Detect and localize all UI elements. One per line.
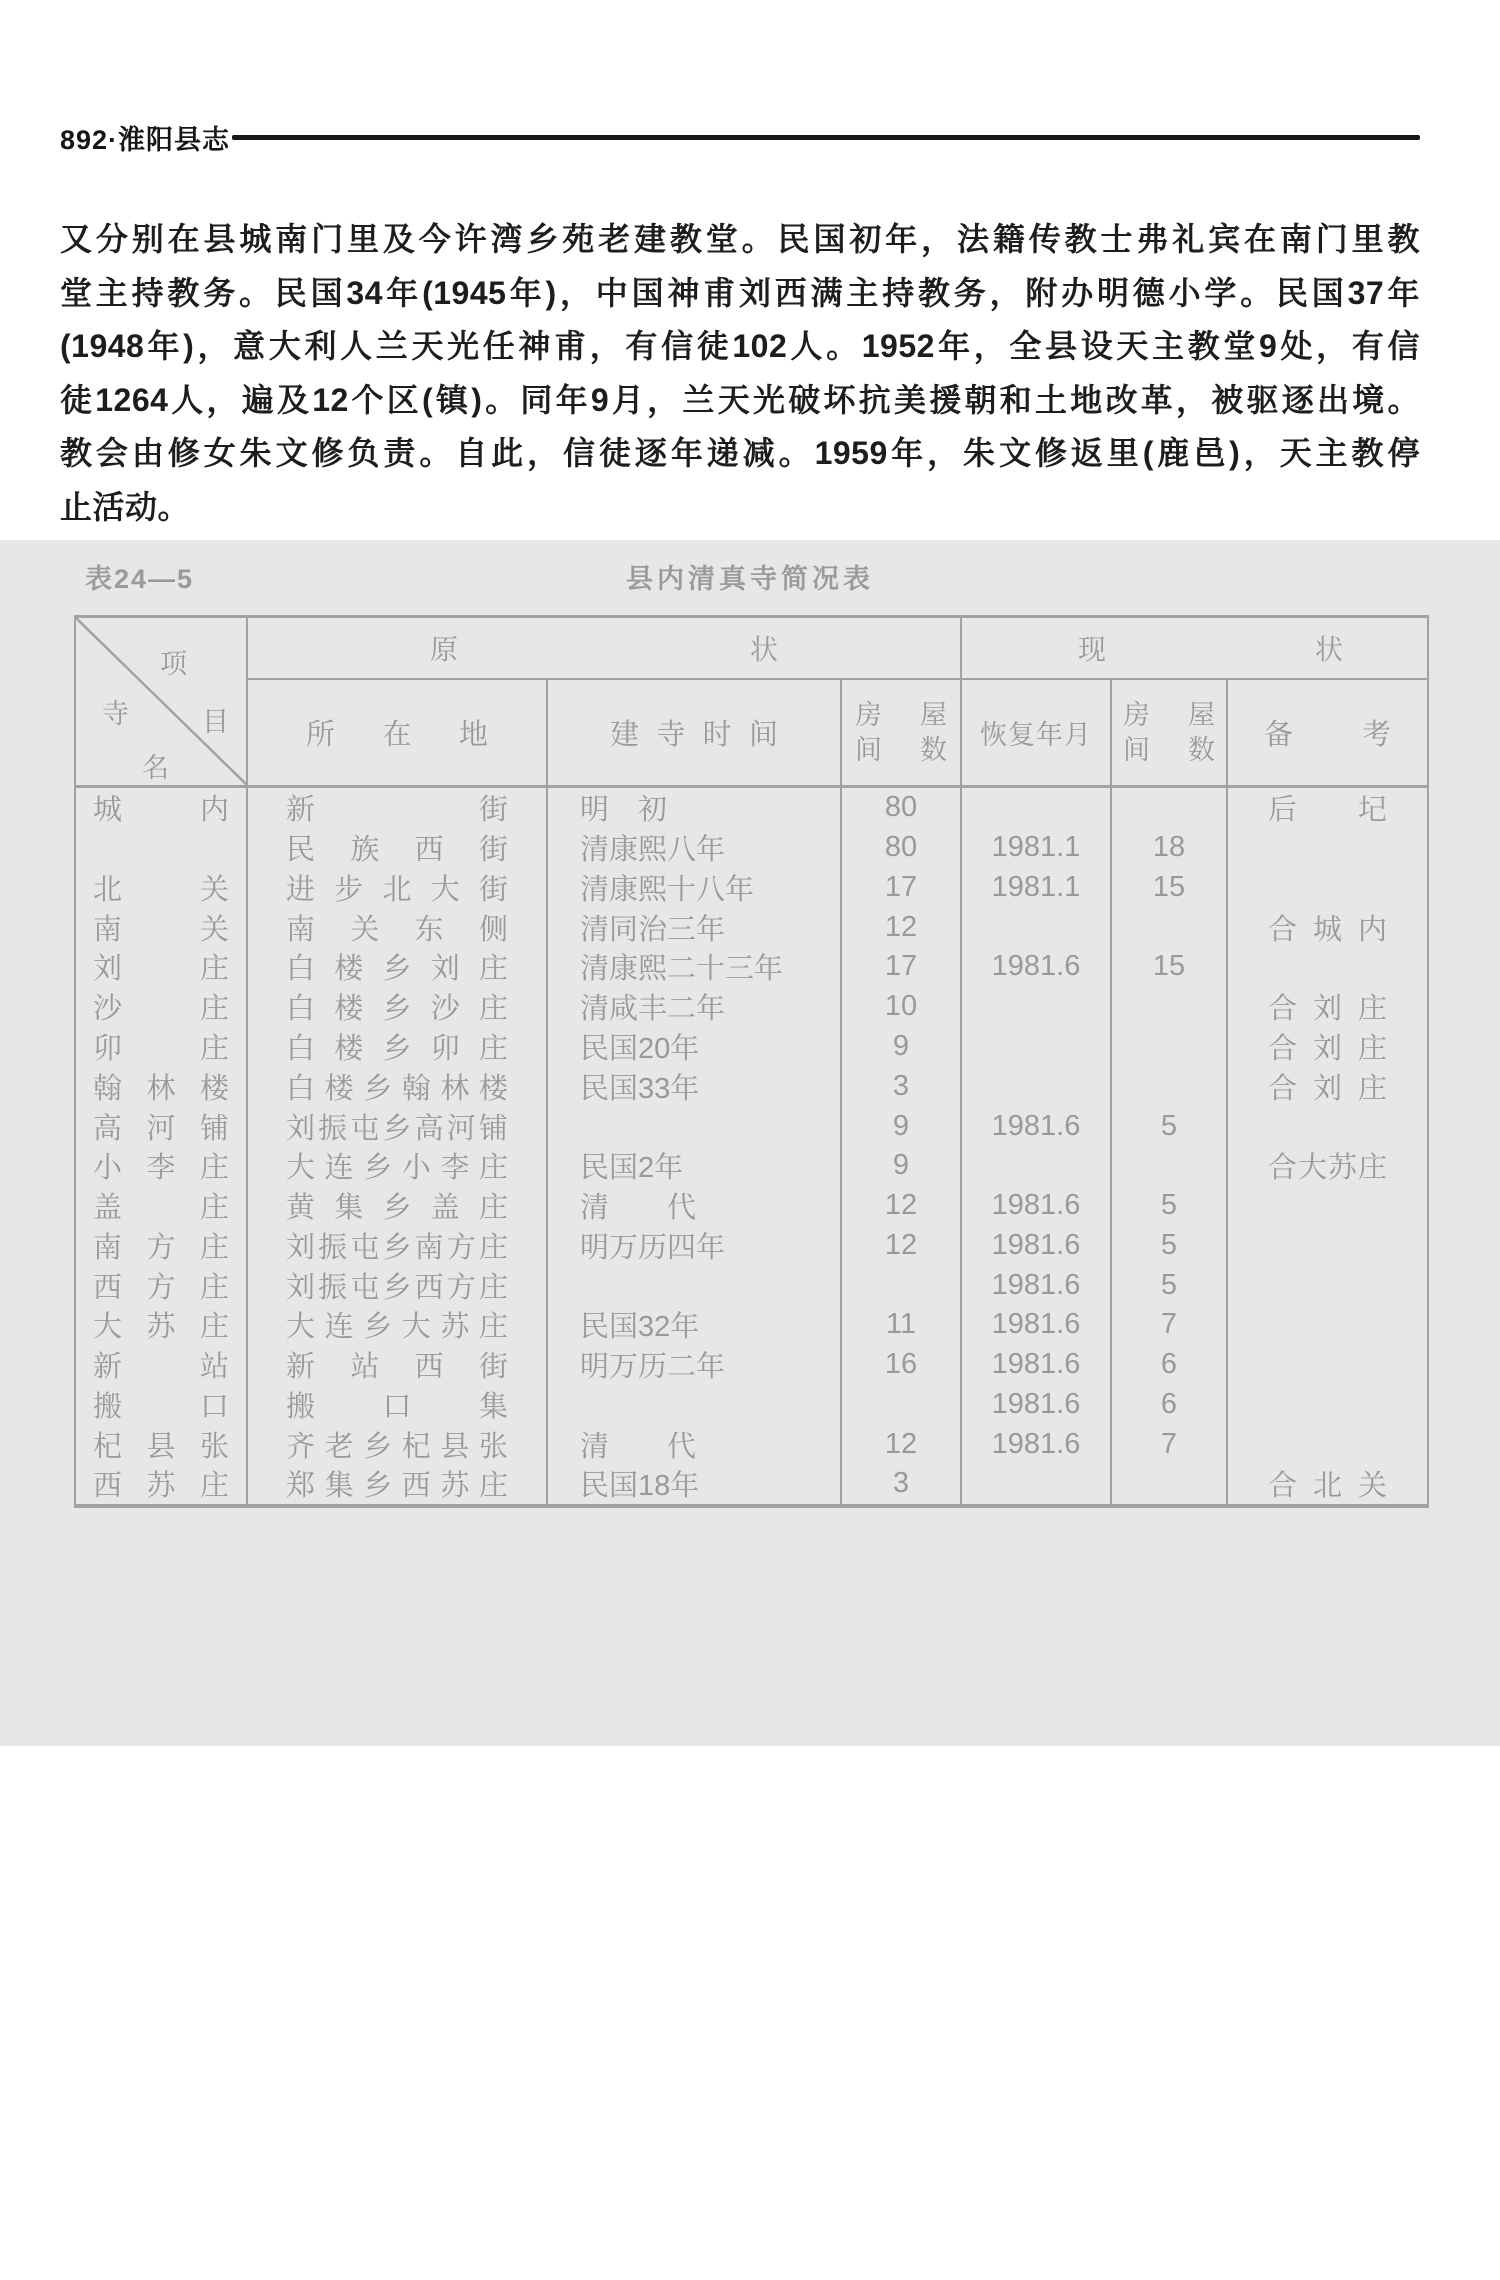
cell-restored-date: 1981.6 [962, 1424, 1112, 1464]
cell-location: 齐老乡杞县张 [248, 1424, 548, 1464]
cell-rooms-original: 12 [842, 1424, 962, 1464]
cell-location: 黄集乡盖庄 [248, 1186, 548, 1226]
cell-temple-name: 西方庄 [76, 1265, 248, 1305]
cell-built-time: 民国33年 [548, 1066, 842, 1106]
header-rule [232, 135, 1420, 140]
cell-location: 新站西街 [248, 1345, 548, 1385]
cell-built-time: 民国32年 [548, 1305, 842, 1345]
cell-built-time: 明 初 [548, 788, 842, 828]
cell-rooms-original: 11 [842, 1305, 962, 1345]
group-header-current-state: 现状 [962, 618, 1427, 680]
cell-note [1228, 1424, 1427, 1464]
cell-rooms-current: 15 [1112, 947, 1228, 987]
cell-built-time: 清康熙十八年 [548, 868, 842, 908]
column-header-location: 所在地 [248, 680, 548, 788]
cell-restored-date: 1981.6 [962, 1305, 1112, 1345]
cell-built-time: 清同治三年 [548, 907, 842, 947]
cell-location: 郑集乡西苏庄 [248, 1464, 548, 1504]
cell-temple-name: 城内 [76, 788, 248, 828]
cell-restored-date [962, 1146, 1112, 1186]
cell-temple-name: 南关 [76, 907, 248, 947]
paragraph-line: 堂主持教务。民国34年(1945年)，中国神甫刘西满主持教务，附办明德小学。民国… [60, 267, 1420, 321]
cell-note [1228, 868, 1427, 908]
cell-location: 南关东侧 [248, 907, 548, 947]
cell-rooms-original: 10 [842, 987, 962, 1027]
cell-built-time: 明万历四年 [548, 1225, 842, 1265]
cell-temple-name: 大苏庄 [76, 1305, 248, 1345]
cell-rooms-original: 9 [842, 1146, 962, 1186]
column-header-built-time: 建寺时间 [548, 680, 842, 788]
paragraph-line: 又分别在县城南门里及今许湾乡苑老建教堂。民国初年，法籍传教士弗礼宾在南门里教 [60, 213, 1420, 267]
cell-note: 合大苏庄 [1228, 1146, 1427, 1186]
cell-location: 大连乡大苏庄 [248, 1305, 548, 1345]
cell-built-time: 清咸丰二年 [548, 987, 842, 1027]
cell-note [1228, 947, 1427, 987]
body-paragraph: 又分别在县城南门里及今许湾乡苑老建教堂。民国初年，法籍传教士弗礼宾在南门里教 堂… [60, 213, 1420, 534]
cell-note [1228, 1305, 1427, 1345]
cell-restored-date: 1981.6 [962, 1106, 1112, 1146]
cell-rooms-original [842, 1265, 962, 1305]
cell-location: 白楼乡卯庄 [248, 1027, 548, 1067]
cell-restored-date [962, 1066, 1112, 1106]
cell-location: 大连乡小李庄 [248, 1146, 548, 1186]
cell-rooms-original: 80 [842, 828, 962, 868]
cell-location: 白楼乡沙庄 [248, 987, 548, 1027]
cell-rooms-current: 5 [1112, 1225, 1228, 1265]
table-caption-row: 表24—5 县内清真寺简况表 [0, 557, 1500, 597]
rooms-header-line2: 间数 [1123, 733, 1215, 768]
cell-restored-date [962, 1027, 1112, 1067]
cell-rooms-current [1112, 1027, 1228, 1067]
cell-temple-name: 卯庄 [76, 1027, 248, 1067]
cell-rooms-original: 3 [842, 1464, 962, 1504]
cell-rooms-original: 3 [842, 1066, 962, 1106]
cell-rooms-original: 9 [842, 1106, 962, 1146]
cell-location: 刘振屯乡西方庄 [248, 1265, 548, 1305]
cell-rooms-original: 16 [842, 1345, 962, 1385]
cell-temple-name: 刘庄 [76, 947, 248, 987]
cell-temple-name: 小李庄 [76, 1146, 248, 1186]
cell-built-time [548, 1265, 842, 1305]
cell-temple-name: 翰林楼 [76, 1066, 248, 1106]
cell-built-time [548, 1384, 842, 1424]
cell-note [1228, 1384, 1427, 1424]
cell-built-time: 民国18年 [548, 1464, 842, 1504]
cell-restored-date [962, 788, 1112, 828]
cell-rooms-original: 12 [842, 1225, 962, 1265]
cell-note: 后圮 [1228, 788, 1427, 828]
rooms-header-line1: 房屋 [1123, 698, 1215, 733]
cell-location: 进步北大街 [248, 868, 548, 908]
cell-location: 白楼乡翰林楼 [248, 1066, 548, 1106]
scanned-gazetteer-page: { "page": { "background": "#ffffff", "pa… [0, 0, 1500, 2280]
cell-rooms-current: 6 [1112, 1384, 1228, 1424]
rooms-header-line1: 房屋 [855, 698, 947, 733]
column-header-rooms-current: 房屋 间数 [1112, 680, 1228, 788]
column-header-note: 备考 [1228, 680, 1427, 788]
cell-temple-name: 北关 [76, 868, 248, 908]
cell-rooms-current [1112, 1146, 1228, 1186]
paragraph-line: 徒1264人，遍及12个区(镇)。同年9月，兰天光破坏抗美援朝和土地改革，被驱逐… [60, 374, 1420, 428]
cell-note [1228, 1225, 1427, 1265]
cell-built-time: 清 代 [548, 1186, 842, 1226]
cell-rooms-current: 5 [1112, 1106, 1228, 1146]
paragraph-line: 教会由修女朱文修负责。自此，信徒逐年递减。1959年，朱文修返里(鹿邑)，天主教… [60, 427, 1420, 481]
cell-location: 民族西街 [248, 828, 548, 868]
cell-note: 合刘庄 [1228, 1066, 1427, 1106]
rooms-header-line2: 间数 [855, 733, 947, 768]
cell-rooms-current: 7 [1112, 1424, 1228, 1464]
column-header-restored-date: 恢复年月 [962, 680, 1112, 788]
cell-built-time: 民国20年 [548, 1027, 842, 1067]
cell-note: 合刘庄 [1228, 987, 1427, 1027]
cell-rooms-current: 18 [1112, 828, 1228, 868]
cell-location: 搬口集 [248, 1384, 548, 1424]
cell-built-time: 清 代 [548, 1424, 842, 1464]
cell-temple-name: 杞县张 [76, 1424, 248, 1464]
cell-location: 新街 [248, 788, 548, 828]
cell-location: 刘振屯乡南方庄 [248, 1225, 548, 1265]
cell-rooms-current: 5 [1112, 1186, 1228, 1226]
cell-temple-name: 盖庄 [76, 1186, 248, 1226]
cell-rooms-original: 17 [842, 947, 962, 987]
cell-note [1228, 1345, 1427, 1385]
cell-location: 白楼乡刘庄 [248, 947, 548, 987]
paragraph-line: (1948年)，意大利人兰天光任神甫，有信徒102人。1952年，全县设天主教堂… [60, 320, 1420, 374]
paragraph-line: 止活动。 [60, 481, 1420, 535]
cell-note: 合刘庄 [1228, 1027, 1427, 1067]
cell-temple-name: 搬口 [76, 1384, 248, 1424]
cell-temple-name: 新站 [76, 1345, 248, 1385]
page-title: 892·淮阳县志 [60, 118, 230, 157]
cell-restored-date: 1981.6 [962, 1186, 1112, 1226]
group-header-original-state: 原状 [248, 618, 962, 680]
cell-built-time: 清康熙二十三年 [548, 947, 842, 987]
cell-restored-date [962, 907, 1112, 947]
cell-restored-date [962, 987, 1112, 1027]
corner-header-cell: 项目 寺名 [76, 618, 248, 788]
cell-rooms-current [1112, 987, 1228, 1027]
cell-rooms-current [1112, 788, 1228, 828]
cell-note [1228, 1265, 1427, 1305]
cell-location: 刘振屯乡高河铺 [248, 1106, 548, 1146]
cell-note [1228, 1106, 1427, 1146]
table-caption-title: 县内清真寺简况表 [0, 557, 1500, 596]
table-panel: 表24—5 县内清真寺简况表 项目 寺名 原状 现状 所在地 建寺时间 房屋 间… [0, 540, 1500, 1746]
cell-restored-date: 1981.6 [962, 1345, 1112, 1385]
cell-built-time: 民国2年 [548, 1146, 842, 1186]
cell-restored-date: 1981.6 [962, 1225, 1112, 1265]
cell-rooms-original: 9 [842, 1027, 962, 1067]
mosque-table: 项目 寺名 原状 现状 所在地 建寺时间 房屋 间数 恢复年月 房屋 间数 备考… [74, 615, 1429, 1508]
cell-note [1228, 828, 1427, 868]
cell-temple-name [76, 828, 248, 868]
cell-restored-date: 1981.6 [962, 947, 1112, 987]
cell-built-time: 明万历二年 [548, 1345, 842, 1385]
page-header: 892·淮阳县志 [60, 118, 1420, 157]
cell-rooms-original: 12 [842, 907, 962, 947]
cell-restored-date: 1981.6 [962, 1265, 1112, 1305]
cell-temple-name: 西苏庄 [76, 1464, 248, 1504]
cell-note [1228, 1186, 1427, 1226]
cell-rooms-current: 7 [1112, 1305, 1228, 1345]
cell-rooms-original [842, 1384, 962, 1424]
cell-temple-name: 沙庄 [76, 987, 248, 1027]
cell-rooms-current: 15 [1112, 868, 1228, 908]
cell-rooms-original: 17 [842, 868, 962, 908]
cell-restored-date: 1981.1 [962, 868, 1112, 908]
cell-note: 合城内 [1228, 907, 1427, 947]
cell-temple-name: 高河铺 [76, 1106, 248, 1146]
cell-rooms-current [1112, 1464, 1228, 1504]
cell-built-time [548, 1106, 842, 1146]
cell-rooms-original: 80 [842, 788, 962, 828]
cell-restored-date: 1981.1 [962, 828, 1112, 868]
cell-built-time: 清康熙八年 [548, 828, 842, 868]
cell-restored-date: 1981.6 [962, 1384, 1112, 1424]
cell-note: 合北关 [1228, 1464, 1427, 1504]
cell-rooms-current [1112, 1066, 1228, 1106]
cell-rooms-current: 5 [1112, 1265, 1228, 1305]
cell-rooms-original: 12 [842, 1186, 962, 1226]
cell-restored-date [962, 1464, 1112, 1504]
cell-rooms-current: 6 [1112, 1345, 1228, 1385]
cell-temple-name: 南方庄 [76, 1225, 248, 1265]
column-header-rooms-original: 房屋 间数 [842, 680, 962, 788]
cell-rooms-current [1112, 907, 1228, 947]
